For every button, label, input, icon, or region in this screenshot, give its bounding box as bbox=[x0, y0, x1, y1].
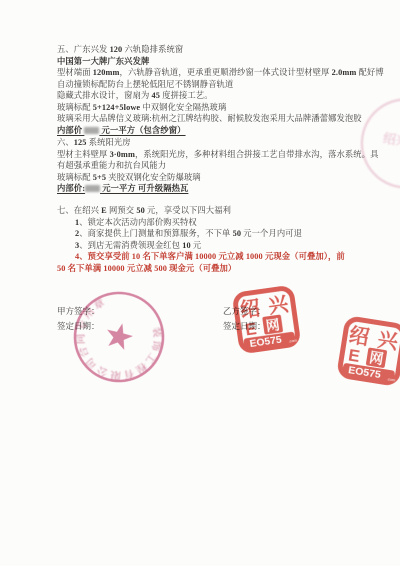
section5-title: 五、广东兴发 120 六轨隐排系统窗 bbox=[57, 44, 384, 56]
section6-spec-line: 有超强承重能力和抗台风能力 bbox=[57, 160, 378, 172]
enet-stamp-code: EO575 bbox=[249, 335, 283, 350]
benefit-item: 3、到店无需消费领现金红包 10 元 bbox=[75, 240, 345, 252]
enet-stamp-char-wang: 网 bbox=[265, 317, 281, 334]
section5-spec-line: 玻璃采用大品牌信义玻璃:杭州之江牌结构胶、耐候胶发泡采用大品牌潘蕾娜发泡胶 bbox=[57, 113, 384, 125]
section6-title: 六、125 系统阳光房 bbox=[57, 137, 378, 149]
enet-stamp-domain-suffix: .com bbox=[288, 337, 298, 343]
document-page: 五、广东兴发 120 六轨隐排系统窗 中国第一大牌广东兴发牌 型材端面 120m… bbox=[0, 0, 400, 566]
benefit-item: 1、锁定本次活动内部价购买特权 bbox=[75, 217, 345, 229]
benefit-item: 2、商家提供上门测量和预算服务，不下单 50 元一个月内可退 bbox=[75, 228, 345, 240]
section7-title: 七、在绍兴 E 网预交 50 元，享受以下四大福利 bbox=[57, 205, 345, 217]
section-xingfa-120: 五、广东兴发 120 六轨隐排系统窗 中国第一大牌广东兴发牌 型材端面 120m… bbox=[57, 44, 384, 136]
section5-spec-line: 隐藏式排水设计，窗扇为 45 度拼接工艺。 bbox=[57, 90, 384, 102]
party-b-sign-label: 乙方签字： bbox=[223, 304, 266, 319]
enet-stamp-domain-suffix: .com bbox=[386, 376, 396, 382]
section6-price-line: 内部价: 元一平方 可升级隔热瓦 bbox=[57, 183, 378, 195]
enet-stamp-char-e: E bbox=[347, 345, 361, 366]
enet-stamp-code: EO575 bbox=[347, 364, 381, 381]
section-benefits: 七、在绍兴 E 网预交 50 元，享受以下四大福利 1、锁定本次活动内部价购买特… bbox=[57, 205, 345, 274]
signature-party-a: 甲方签字： 签定日期： bbox=[57, 304, 100, 333]
section6-spec-line: 型材主料壁厚 3·0mm，系统阳光房，多种材料组合拼接工艺自带排水沟，落水系统。… bbox=[57, 149, 378, 161]
svg-text:装饰工程有限公司合同专用章: 装饰工程有限公司合同专用章 bbox=[63, 281, 175, 393]
section5-price-line: 内部价 元一平方（包含纱窗） bbox=[57, 125, 384, 137]
party-a-sign-label: 甲方签字： bbox=[57, 304, 100, 319]
section5-spec-line: 玻璃标配 5+124+5lowe 中双钢化安全隔热玻璃 bbox=[57, 102, 384, 114]
seal-ring-text: 装饰工程有限公司合同专用章 bbox=[63, 281, 175, 393]
section5-spec-line: 型材端面 120mm，六轨静音轨道，更承重更顺滑纱窗一体式设计型材壁厚 2.0m… bbox=[57, 67, 384, 79]
enet-stamp-char-xing: 兴 bbox=[267, 293, 290, 318]
faint-stamp-text: 绍兴E网 bbox=[382, 131, 400, 152]
section6-spec-line: 玻璃标配 5+5 夹胶双钢化安全防爆玻璃 bbox=[57, 172, 378, 184]
section-sunroom-125: 六、125 系统阳光房 型材主料壁厚 3·0mm，系统阳光房，多种材料组合拼接工… bbox=[57, 137, 378, 195]
enet-stamp-icon: 绍 兴 E 网 EO575 .com bbox=[335, 314, 400, 387]
seal-star-icon bbox=[103, 320, 135, 351]
enet-square-stamp-2: 绍 兴 E 网 EO575 .com bbox=[335, 314, 400, 387]
party-a-date-label: 签定日期： bbox=[57, 319, 100, 334]
round-seal-icon: 装饰工程有限公司合同专用章 bbox=[61, 279, 177, 395]
enet-stamp-char-shao: 绍 bbox=[347, 323, 370, 349]
party-b-date-label: 签定日期： bbox=[223, 319, 266, 334]
benefit-item-highlight: 50 名下单满 10000 元立减 500 现金元（可叠加） bbox=[57, 263, 345, 275]
benefit-item-highlight: 4、预交享受前 10 名下单客户满 10000 元立减 1000 元现金（可叠加… bbox=[75, 251, 345, 263]
section5-brand-line: 中国第一大牌广东兴发牌 bbox=[57, 56, 384, 68]
enet-stamp-char-xing: 兴 bbox=[376, 328, 400, 354]
enet-stamp-char-wang: 网 bbox=[368, 349, 384, 367]
section5-spec-line: 自动撞锁标配防台上摆轮低阻尼不锈钢静音轨道 bbox=[57, 79, 384, 91]
signature-party-b: 乙方签字： 签定日期： bbox=[223, 304, 266, 333]
company-round-seal-stamp: 装饰工程有限公司合同专用章 bbox=[61, 279, 177, 395]
